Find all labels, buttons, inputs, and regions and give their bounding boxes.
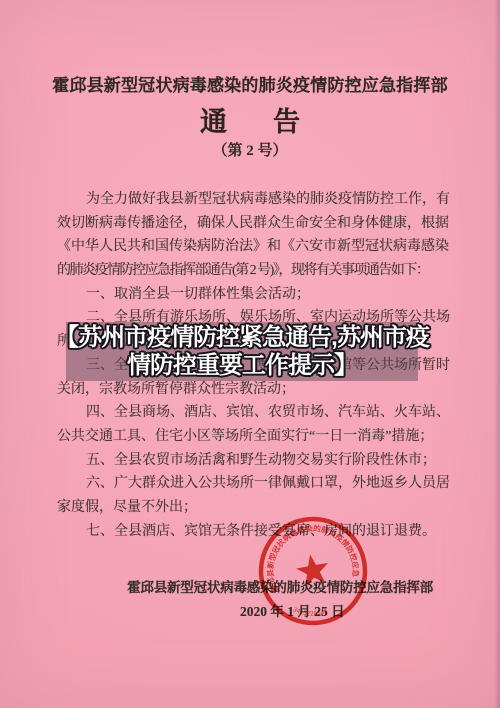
body-line: 家度假，尽量不外出； (57, 496, 449, 520)
issuer-title: 霍邱县新型冠状病毒感染的肺炎疫情防控应急指挥部 (0, 71, 500, 96)
body-line: 五、全县农贸市场活禽和野生动物交易实行阶段性休市； (57, 449, 449, 473)
body-line: 《中华人民共和国传染病防治法》和《六安市新型冠状病毒感染 (57, 235, 449, 259)
body-line: 公共交通工具、住宅小区等场所全面实行“一日一消毒”措施； (57, 425, 449, 449)
body-line: 关闭，宗教场所暂停群众性宗教活动； (57, 378, 449, 402)
body-line: 四、全县商场、酒店、宾馆、农贸市场、汽车站、火车站、 (57, 401, 449, 425)
caption-overlay-line2: 情防控重要工作提示】 (127, 352, 357, 380)
body-line: 一、取消全县一切群体性集会活动； (57, 283, 449, 307)
caption-overlay-line1: 【苏州市疫情防控紧急通告,苏州市疫 (55, 324, 429, 352)
body-line: 为全力做好我县新型冠状病毒感染的肺炎疫情防控工作，有 (57, 188, 449, 212)
paper-edge-shadow (494, 0, 500, 708)
body-line: 六、广大群众进入公共场所一律佩戴口罩，外地返乡人员居 (57, 472, 449, 496)
doc-number: （第 2 号） (0, 139, 500, 160)
seal-star-icon (294, 551, 331, 587)
doc-type-text: 通告 (200, 107, 346, 137)
notice-photo: 霍邱县新型冠状病毒感染的肺炎疫情防控应急指挥部 通告 （第 2 号） 为全力做好… (0, 0, 500, 708)
body-line: 的肺炎疫情防控应急指挥部通告(第 2 号)》，现将有关事项通告如下： (57, 259, 449, 283)
body-line: 效切断病毒传播途径，确保人民群众生命安全和身体健康，根据 (57, 212, 449, 236)
doc-type-title: 通告 (0, 100, 500, 139)
official-seal-stamp: 霍邱县新型冠状病毒感染的肺炎疫情防控应急指挥部 3415220142 (242, 500, 383, 641)
caption-overlay-banner: 【苏州市疫情防控紧急通告,苏州市疫 情防控重要工作提示】 (66, 322, 418, 381)
